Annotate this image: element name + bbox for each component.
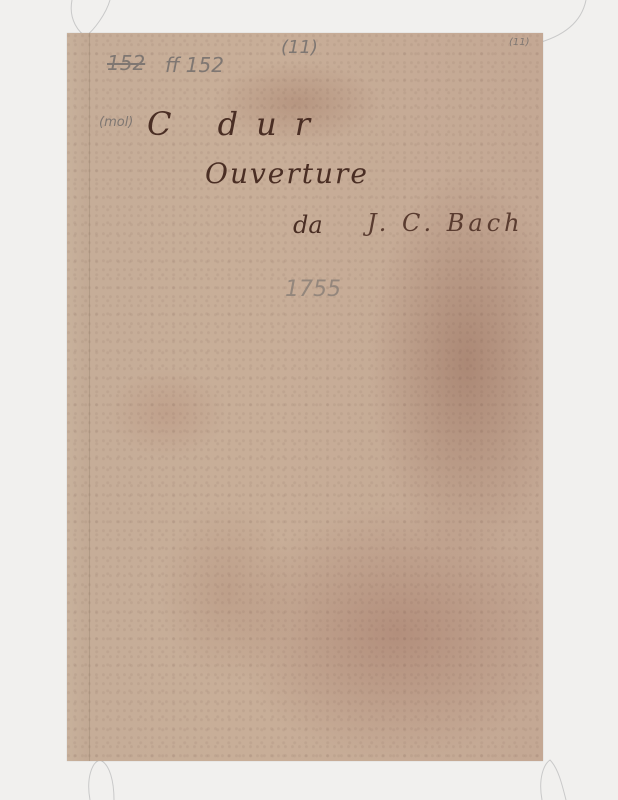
title-composer: J. C. Bach <box>367 209 524 237</box>
pencil-corner-mark: (11) <box>509 37 530 48</box>
title-attribution-prefix: da <box>293 211 323 239</box>
pencil-top-center: (11) <box>281 37 318 58</box>
title-key: C dur <box>147 105 328 143</box>
binding-thread-bottom-right <box>520 758 580 800</box>
pencil-number: 152 <box>107 51 145 75</box>
pencil-date: 1755 <box>285 277 341 302</box>
pencil-margin-mark: (mol) <box>99 115 133 130</box>
manuscript-sheet: 152 ff 152 (11) (11) (mol) C dur Ouvertu… <box>67 33 543 761</box>
title-work: Ouverture <box>205 157 369 190</box>
binding-thread-bottom-left <box>70 758 130 800</box>
shelf-mark: ff 152 <box>165 53 224 77</box>
